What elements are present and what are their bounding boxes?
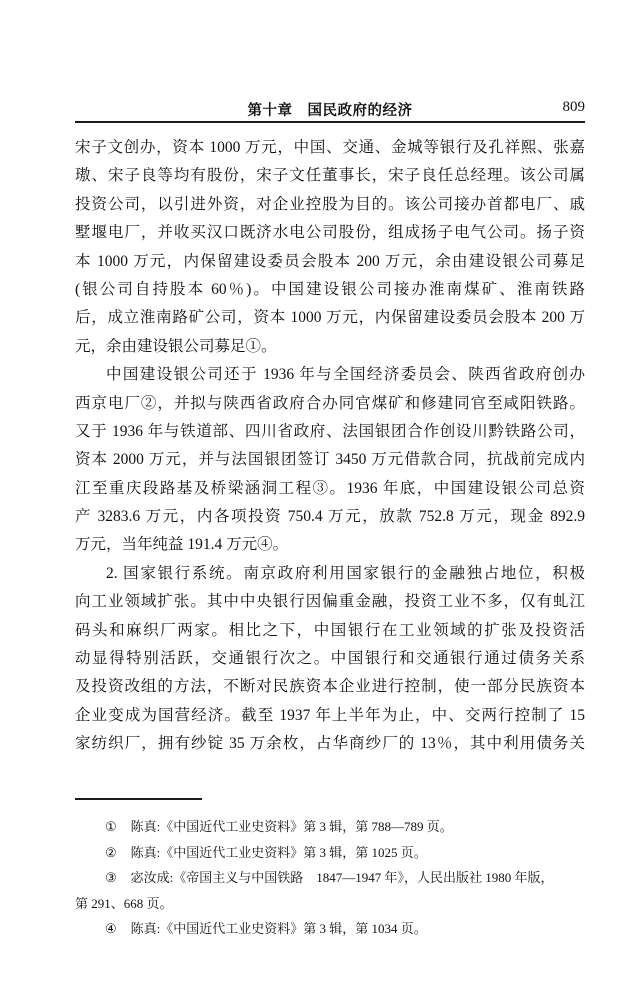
- footnote-item: ①陈真:《中国近代工业史资料》第 3 辑，第 788—789 页。: [75, 814, 585, 840]
- body-line: 万元，当年纯益 191.4 万元④。: [75, 531, 585, 559]
- footnote-text: 第 291、668 页。: [75, 896, 173, 911]
- footnote-text: 陈真:《中国近代工业史资料》第 3 辑，第 788—789 页。: [131, 819, 453, 834]
- body-line: 及投资改组的方法，不断对民族资本企业进行控制，使一部分民族资本: [75, 673, 585, 701]
- book-page: 第十章 国民政府的经济 809 宋子文创办，资本 1000 万元，中国、交通、金…: [0, 0, 644, 1000]
- body-line: 产 3283.6 万元，内各项投资 750.4 万元，放款 752.8 万元，现…: [75, 503, 585, 531]
- body-line: 2. 国家银行系统。南京政府利用国家银行的金融独占地位，积极: [75, 560, 585, 588]
- header-rule: [75, 121, 585, 123]
- body-line: 家纺织厂，拥有纱锭 35 万余枚，占华商纱厂的 13％，其中利用债务关: [75, 730, 585, 758]
- body-line: 后，成立淮南路矿公司，资本 1000 万元，内保留建设委员会股本 200 万: [75, 304, 585, 332]
- footnote-marker: ④: [105, 916, 117, 942]
- body-line: 企业变成为国营经济。截至 1937 年上半年为止，中、交两行控制了 15: [75, 702, 585, 730]
- footnote-marker: ③: [105, 865, 117, 891]
- footnote-marker: ①: [105, 814, 117, 840]
- body-line: 墅堰电厂，并收买汉口既济水电公司股份，组成扬子电气公司。扬子资: [75, 219, 585, 247]
- body-line: 璈、宋子良等均有股份，宋子文任董事长，宋子良任总经理。该公司属: [75, 162, 585, 190]
- body-line: (银公司自持股本 60％)。中国建设银公司接办淮南煤矿、淮南铁路: [75, 276, 585, 304]
- footnote-text: 陈真:《中国近代工业史资料》第 3 辑，第 1034 页。: [131, 921, 427, 936]
- body-text: 宋子文创办，资本 1000 万元，中国、交通、金城等银行及孔祥熙、张嘉 璈、宋子…: [75, 134, 585, 759]
- body-line: 元，余由建设银公司募足①。: [75, 333, 585, 361]
- running-head: 第十章 国民政府的经济 809: [75, 99, 585, 119]
- body-line: 江至重庆段路基及桥梁涵洞工程③。1936 年底，中国建设银公司总资: [75, 475, 585, 503]
- body-line: 宋子文创办，资本 1000 万元，中国、交通、金城等银行及孔祥熙、张嘉: [75, 134, 585, 162]
- chapter-title: 第十章 国民政府的经济: [75, 99, 585, 120]
- body-line: 本 1000 万元，内保留建设委员会股本 200 万元，余由建设银公司募足: [75, 248, 585, 276]
- footnote-continuation: 第 291、668 页。: [75, 891, 585, 917]
- body-line: 资本 2000 万元，并与法国银团签订 3450 万元借款合同，抗战前完成内: [75, 446, 585, 474]
- paragraph: 2. 国家银行系统。南京政府利用国家银行的金融独占地位，积极 向工业领域扩张。其…: [75, 560, 585, 759]
- footnotes: ①陈真:《中国近代工业史资料》第 3 辑，第 788—789 页。 ②陈真:《中…: [75, 814, 585, 942]
- footnote-item: ④陈真:《中国近代工业史资料》第 3 辑，第 1034 页。: [75, 916, 585, 942]
- body-line: 动显得特别活跃，交通银行次之。中国银行和交通银行通过债务关系: [75, 645, 585, 673]
- footnote-item: ③宓汝成:《帝国主义与中国铁路 1847—1947 年》，人民出版社 1980 …: [75, 865, 585, 891]
- footnote-separator: [75, 798, 202, 800]
- body-line: 向工业领域扩张。其中中央银行因偏重金融，投资工业不多，仅有虬江: [75, 588, 585, 616]
- paragraph: 宋子文创办，资本 1000 万元，中国、交通、金城等银行及孔祥熙、张嘉 璈、宋子…: [75, 134, 585, 361]
- footnote-item: ②陈真:《中国近代工业史资料》第 3 辑，第 1025 页。: [75, 840, 585, 866]
- paragraph: 中国建设银公司还于 1936 年与全国经济委员会、陕西省政府创办 西京电厂②，并…: [75, 361, 585, 560]
- body-line: 码头和麻织厂两家。相比之下，中国银行在工业领域的扩张及投资活: [75, 617, 585, 645]
- body-line: 投资公司，以引进外资，对企业控股为目的。该公司接办首都电厂、戚: [75, 191, 585, 219]
- page-number: 809: [563, 99, 586, 116]
- footnote-marker: ②: [105, 840, 117, 866]
- body-line: 又于 1936 年与铁道部、四川省政府、法国银团合作创设川黔铁路公司，: [75, 418, 585, 446]
- footnote-text: 陈真:《中国近代工业史资料》第 3 辑，第 1025 页。: [131, 845, 427, 860]
- footnote-text: 宓汝成:《帝国主义与中国铁路 1847—1947 年》，人民出版社 1980 年…: [131, 870, 554, 885]
- body-line: 中国建设银公司还于 1936 年与全国经济委员会、陕西省政府创办: [75, 361, 585, 389]
- body-line: 西京电厂②，并拟与陕西省政府合办同官煤矿和修建同官至咸阳铁路。: [75, 390, 585, 418]
